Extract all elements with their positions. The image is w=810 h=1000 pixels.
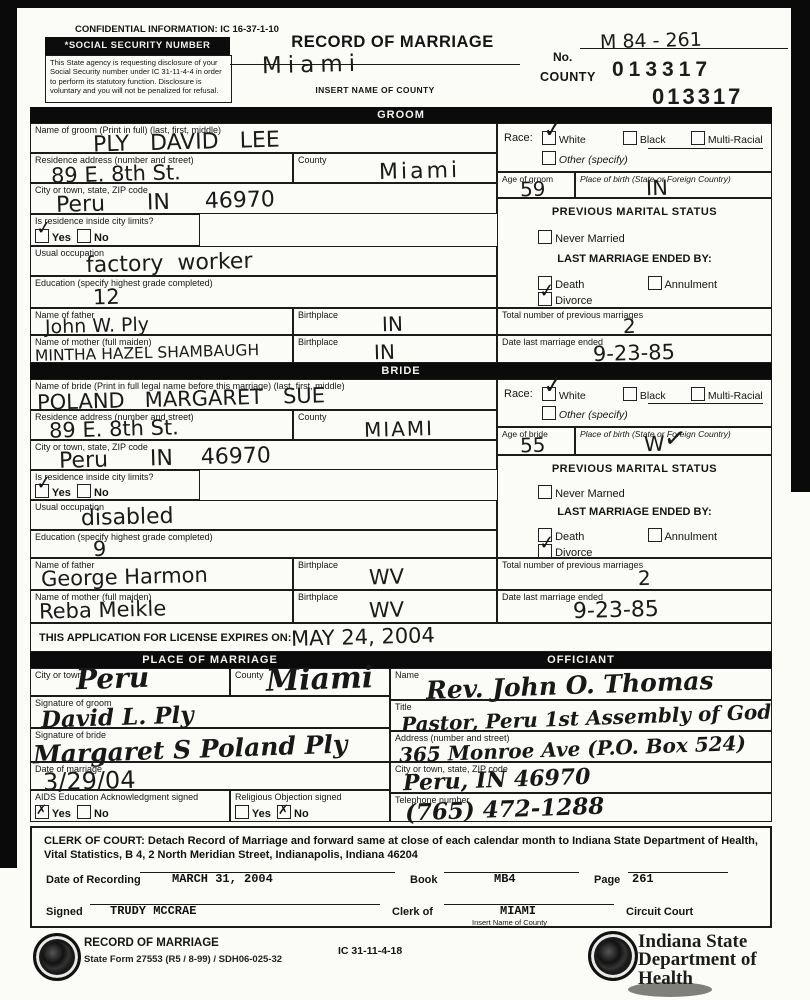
footer-title: RECORD OF MARRIAGE <box>84 937 219 949</box>
bride-race-other-checkbox <box>542 406 556 420</box>
bride-race-black-checkbox <box>623 387 637 401</box>
bride-prev-value: 2 <box>638 568 651 588</box>
groom-age-cell: Age of groom 59 <box>497 172 575 198</box>
bride-limits-cell: Is residence inside city limits? ✓ Yes N… <box>30 470 200 500</box>
groom-education-cell: Education (specify highest grade complet… <box>30 276 497 308</box>
race-black-label: Black <box>640 134 666 146</box>
groom-father-birthplace-cell: Birthplace IN <box>293 308 497 335</box>
bride-age-cell: Age of bride 55 <box>497 427 575 455</box>
officiant-city-value: Peru, IN 46970 <box>403 766 591 795</box>
groom-divorce-checkbox: ✓ <box>538 292 552 306</box>
marriage-city-value: Peru <box>76 664 150 695</box>
groom-race-white-checkbox: ✓ <box>542 131 556 145</box>
groom-annulment-checkbox <box>648 276 662 290</box>
bride-father-birthplace-cell: Birthplace WV <box>293 558 497 590</box>
underline <box>648 148 763 149</box>
groom-race-multi-checkbox <box>691 131 705 145</box>
page-value: 261 <box>632 872 654 886</box>
license-expires-cell: THIS APPLICATION FOR LICENSE EXPIRES ON:… <box>30 623 772 652</box>
checkmark-icon: ✓ <box>542 116 565 142</box>
race-label: Race: <box>504 132 533 144</box>
bride-race-cell: Race: ✓ White Black Multi-Racial Other (… <box>497 379 772 427</box>
groom-city-cell: City or town, state, ZIP code Peru IN 46… <box>30 183 497 214</box>
bride-prev-label: Total number of previous marriages <box>502 561 767 571</box>
x-mark-icon: ✗ <box>36 804 47 817</box>
bride-limits-no-label: No <box>94 487 109 499</box>
insert-county-label: INSERT NAME OF COUNTY <box>230 85 520 95</box>
scan-edge-right <box>791 0 810 492</box>
ssn-box-title: *SOCIAL SECURITY NUMBER <box>45 37 230 55</box>
clerk-of-label: Clerk of <box>392 906 433 918</box>
bride-education-cell: Education (specify highest grade complet… <box>30 530 497 558</box>
groom-mother-cell: Name of mother (full maiden) MINTHA HAZE… <box>30 335 293 363</box>
aids-cell: AIDS Education Acknowledgment signed ✗ Y… <box>30 790 230 822</box>
page-title: RECORD OF MARRIAGE <box>250 33 535 52</box>
county-name-handwritten: Miami <box>262 53 362 79</box>
bride-county-cell: County MIAMI <box>293 410 497 440</box>
bride-mother-value: Reba Meikle <box>39 598 167 622</box>
aids-no-checkbox <box>77 805 91 819</box>
underline <box>648 403 763 404</box>
groom-birthplace-cell: Place of birth (State or Foreign Country… <box>575 172 772 198</box>
never-married-label: Never Marned <box>555 488 625 500</box>
bride-education-value: 9 <box>93 539 107 560</box>
annulment-label: Annulment <box>664 531 717 543</box>
groom-race-cell: Race: ✓ White Black Multi-Racial Other (… <box>497 123 772 172</box>
bride-residence-value: 89 E. 8th St. <box>49 417 179 441</box>
groom-county-cell: County Miami <box>293 153 497 183</box>
aids-no-label: No <box>94 808 109 820</box>
bride-name-cell: Name of bride (Print in full legal name … <box>30 379 497 410</box>
divorce-label: Divorce <box>555 295 592 307</box>
race-other-label: Other (specify) <box>559 409 628 421</box>
bride-race-multi-checkbox <box>691 387 705 401</box>
checkmark-icon: ✓ <box>538 533 556 554</box>
bride-date-ended-cell: Date last marriage ended 9-23-85 <box>497 590 772 623</box>
no-label: No. <box>553 50 572 64</box>
groom-county-value: Miami <box>379 160 461 184</box>
groom-limits-label: Is residence inside city limits? <box>35 217 195 227</box>
circuit-court-label: Circuit Court <box>626 906 693 918</box>
groom-education-value: 12 <box>93 287 120 309</box>
groom-date-ended-value: 9-23-85 <box>593 342 675 365</box>
groom-marital-panel: PREVIOUS MARITAL STATUS Never Married LA… <box>497 198 772 308</box>
marriage-date-cell: Date of marriage 3/29/04 <box>30 762 390 790</box>
aids-yes-checkbox: ✗ <box>35 805 49 819</box>
county-label: COUNTY <box>540 70 596 84</box>
bride-mother-cell: Name of mother (full maiden) Reba Meikle <box>30 590 293 623</box>
groom-limits-yes-label: Yes <box>52 232 71 244</box>
last-marriage-ended-by-title: LAST MARRIAGE ENDED BY: <box>498 253 771 265</box>
groom-mother-birthplace-value: IN <box>374 342 395 363</box>
groom-prev-marriages-cell: Total number of previous marriages 2 <box>497 308 772 335</box>
groom-limits-no-checkbox <box>77 229 91 243</box>
groom-father-birthplace-value: IN <box>382 314 403 335</box>
record-number-handwritten: M 84 - 261 <box>600 31 702 53</box>
religious-objection-label: Religious Objection signed <box>235 793 385 803</box>
book-value: MB4 <box>494 872 516 886</box>
groom-residence-cell: Residence address (number and street) 89… <box>30 153 293 183</box>
underline <box>628 872 728 873</box>
groom-race-black-checkbox <box>623 131 637 145</box>
clerk-of-court-box: CLERK OF COURT: Detach Record of Marriag… <box>30 826 772 928</box>
race-multi-label: Multi-Racial <box>708 390 763 402</box>
aids-label: AIDS Education Acknowledgment signed <box>35 793 225 803</box>
bride-occupation-cell: Usual occupation disabled <box>30 500 497 530</box>
groom-prev-value: 2 <box>623 316 636 336</box>
bride-birthplace-cell: Place of birth (State or Foreign Country… <box>575 427 772 455</box>
bride-annulment-checkbox <box>648 528 662 542</box>
officiant-phone-value: (765) 472-1288 <box>405 795 605 825</box>
bride-father-birthplace-value: WV <box>369 567 405 589</box>
race-black-label: Black <box>640 390 666 402</box>
marriage-city-cell: City or town Peru <box>30 668 230 696</box>
insert-county-note: Insert Name of County <box>472 918 547 927</box>
officiant-bar: OFFICIANT <box>390 652 772 668</box>
checkmark-icon: ✓ <box>35 473 53 494</box>
signed-value: TRUDY MCCRAE <box>110 904 196 918</box>
signed-label: Signed <box>46 906 83 918</box>
groom-mother-birthplace-cell: Birthplace IN <box>293 335 497 363</box>
previous-marital-status-title: PREVIOUS MARITAL STATUS <box>502 206 767 218</box>
groom-limits-no-label: No <box>94 232 109 244</box>
groom-never-married-checkbox <box>538 230 552 244</box>
groom-occupation-value: factory worker <box>86 251 253 277</box>
groom-race-other-checkbox <box>542 151 556 165</box>
clerk-notice: CLERK OF COURT: Detach Record of Marriag… <box>44 834 758 863</box>
footer-agency-line2: Department of Health <box>638 950 810 988</box>
bride-limits-no-checkbox <box>77 484 91 498</box>
bride-residence-cell: Residence address (number and street) 89… <box>30 410 293 440</box>
religious-yes-checkbox <box>235 805 249 819</box>
county-code-stamp: 013317 <box>612 58 712 82</box>
scan-edge-top <box>0 0 810 8</box>
groom-limits-cell: Is residence inside city limits? ✓ Yes N… <box>30 214 200 246</box>
officiant-title-cell: Title Pastor, Peru 1st Assembly of God <box>390 700 772 731</box>
checkmark-icon: ✓ <box>542 372 565 398</box>
groom-father-cell: Name of father John W. Ply <box>30 308 293 335</box>
bride-county-value: MIAMI <box>364 418 434 440</box>
scanned-marriage-record: CONFIDENTIAL INFORMATION: IC 16-37-1-10 … <box>0 0 810 1000</box>
bride-marital-panel: PREVIOUS MARITAL STATUS Never Marned LAS… <box>497 455 772 558</box>
previous-marital-status-title: PREVIOUS MARITAL STATUS <box>502 463 767 475</box>
bride-divorce-checkbox: ✓ <box>538 544 552 558</box>
groom-birth-label: Place of birth (State or Foreign Country… <box>580 175 767 184</box>
aids-yes-label: Yes <box>52 808 71 820</box>
bride-city-cell: City or town, state, ZIP code Peru IN 46… <box>30 440 497 470</box>
bride-never-married-checkbox <box>538 485 552 499</box>
state-seal-icon <box>588 931 638 981</box>
bride-limits-yes-label: Yes <box>52 487 71 499</box>
never-married-label: Never Married <box>555 233 625 245</box>
groom-age-value: 59 <box>520 179 546 200</box>
date-of-recording-label: Date of Recording <box>46 874 141 886</box>
last-marriage-ended-by-title: LAST MARRIAGE ENDED BY: <box>498 506 771 518</box>
birthplace-label: Birthplace <box>298 338 492 348</box>
race-multi-label: Multi-Racial <box>708 134 763 146</box>
groom-date-ended-cell: Date last marriage ended 9-23-85 <box>497 335 772 363</box>
religious-yes-label: Yes <box>252 808 271 820</box>
bride-city-value: Peru IN 46970 <box>59 445 271 473</box>
race-label: Race: <box>504 388 533 400</box>
license-expires-label: THIS APPLICATION FOR LICENSE EXPIRES ON: <box>39 632 291 644</box>
death-label: Death <box>555 279 584 291</box>
confidential-note: CONFIDENTIAL INFORMATION: IC 16-37-1-10 <box>75 24 279 35</box>
death-label: Death <box>555 531 584 543</box>
bride-age-value: 55 <box>520 435 546 456</box>
page-label: Page <box>594 874 620 886</box>
clerk-of-value: MIAMI <box>500 904 536 918</box>
officiant-phone-cell: Telephone number (765) 472-1288 <box>390 793 772 822</box>
bride-limits-yes-checkbox: ✓ <box>35 484 49 498</box>
officiant-city-cell: City or town, state, ZIP code Peru, IN 4… <box>390 762 772 793</box>
scan-edge-left <box>0 0 17 868</box>
state-seal-icon <box>33 933 81 981</box>
bride-limits-label: Is residence inside city limits? <box>35 473 195 483</box>
groom-mother-value: MINTHA HAZEL SHAMBAUGH <box>35 343 259 364</box>
marriage-county-cell: County Miami <box>230 668 390 696</box>
groom-name-cell: Name of groom (Print in full) (last, fir… <box>30 123 497 153</box>
bride-date-ended-value: 9-23-85 <box>573 599 659 623</box>
officiant-name-cell: Name Rev. John O. Thomas <box>390 668 772 700</box>
ssn-disclosure: This State agency is requesting disclosu… <box>45 55 232 103</box>
bride-father-cell: Name of father George Harmon <box>30 558 293 590</box>
groom-section-bar: GROOM <box>30 107 772 123</box>
groom-birth-value: IN <box>646 178 668 200</box>
footer-ic-code: IC 31-11-4-18 <box>338 945 402 957</box>
bride-prev-marriages-cell: Total number of previous marriages 2 <box>497 558 772 590</box>
religious-no-checkbox: ✗ <box>277 805 291 819</box>
book-label: Book <box>410 874 438 886</box>
bride-section-bar: BRIDE <box>30 363 772 379</box>
underline <box>230 64 520 65</box>
marriage-county-value: Miami <box>266 663 374 697</box>
groom-occupation-cell: Usual occupation factory worker <box>30 246 497 276</box>
religious-no-label: No <box>294 808 309 820</box>
checkmark-icon: ✓ <box>538 281 556 302</box>
groom-city-value: Peru IN 46970 <box>56 189 275 217</box>
checkmark-icon: ✓ <box>662 425 687 454</box>
religious-objection-cell: Religious Objection signed Yes ✗ No <box>230 790 390 822</box>
bride-occupation-value: disabled <box>81 506 174 530</box>
x-mark-icon: ✗ <box>278 804 289 817</box>
footer-form-number: State Form 27553 (R5 / 8-99) / SDH06-025… <box>84 954 282 965</box>
officiant-address-cell: Address (number and street) 365 Monroe A… <box>390 731 772 762</box>
date-of-recording-value: MARCH 31, 2004 <box>172 872 273 886</box>
bride-father-value: George Harmon <box>41 565 208 590</box>
bride-signature-cell: Signature of bride Margaret S Poland Ply <box>30 728 390 762</box>
groom-signature-cell: Signature of groom David L. Ply <box>30 696 390 728</box>
groom-limits-yes-checkbox: ✓ <box>35 229 49 243</box>
annulment-label: Annulment <box>664 279 717 291</box>
race-other-label: Other (specify) <box>559 154 628 166</box>
bride-mother-birthplace-value: WV <box>369 600 405 622</box>
bride-mother-birthplace-cell: Birthplace WV <box>293 590 497 623</box>
license-expires-value: MAY 24, 2004 <box>291 625 435 650</box>
checkmark-icon: ✓ <box>35 218 53 239</box>
bride-race-white-checkbox: ✓ <box>542 387 556 401</box>
